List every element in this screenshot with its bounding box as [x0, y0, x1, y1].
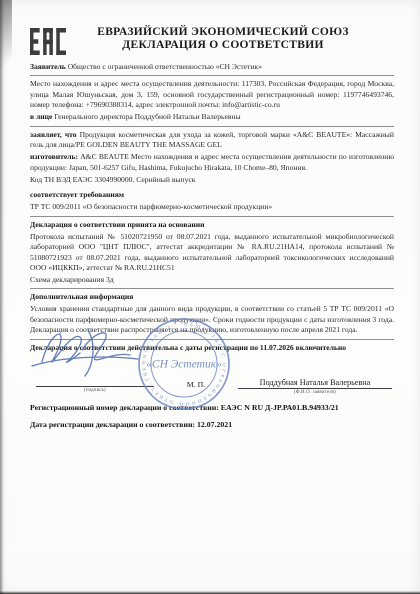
registration-date-value: 12.07.2021 [197, 420, 232, 429]
union-title: ЕВРАЗИЙСКИЙ ЭКОНОМИЧЕСКИЙ СОЮЗ [66, 26, 380, 38]
representative-value: Генерального директора Поддубной Натальи… [54, 112, 240, 121]
stamp-center-text: «СН Эстетик» [146, 359, 222, 371]
additional-heading: Дополнительная информация [30, 292, 394, 302]
registration-number-value: ЕАЭС N RU Д-JP.РА01.В.94933/21 [221, 403, 339, 412]
handwritten-signature [26, 322, 142, 380]
representative-label: в лице [30, 112, 52, 121]
registration-date-label: Дата регистрации декларации о соответств… [30, 420, 195, 429]
document-header: ЕВРАЗИЙСКИЙ ЭКОНОМИЧЕСКИЙ СОЮЗ ДЕКЛАРАЦИ… [30, 26, 394, 55]
section-divider [30, 216, 394, 217]
basis-text: Протокола испытаний № 51020721950 от 08.… [30, 232, 394, 274]
signer-area: Поддубная Наталья Валерьевна (Ф.И.О. зая… [238, 369, 392, 395]
scheme-line: Схема декларирования 3д [30, 275, 394, 285]
basis-heading: Декларация о соответствии принята на осн… [30, 220, 394, 230]
declaration-document: ЕВРАЗИЙСКИЙ ЭКОНОМИЧЕСКИЙ СОЮЗ ДЕКЛАРАЦИ… [0, 0, 420, 594]
company-stamp: ОБЩЕСТВО С ОГРАНИЧЕННОЙ ОТВЕТСТВЕННОСТЬЮ… [136, 316, 232, 412]
conforms-heading: соответствует требованиям [30, 190, 394, 200]
applicant-label: Заявитель [30, 62, 66, 71]
signer-name: Поддубная Наталья Валерьевна [238, 369, 392, 389]
applicant-value: Общество с ограниченной ответственностью… [68, 62, 262, 71]
document-title: ДЕКЛАРАЦИЯ О СООТВЕТСТВИИ [66, 39, 380, 51]
product-line: заявляет, что Продукция косметическая дл… [30, 130, 394, 151]
manufacturer-label: изготовитель: [30, 152, 78, 161]
product-value: Продукция косметическая для ухода за кож… [30, 130, 394, 149]
section-divider [30, 126, 394, 127]
applicant-address: Место нахождения и адрес места осуществл… [30, 79, 394, 110]
tnved-code-line: Код ТН ВЭД ЕАЭС 3304990000. Серийный вып… [30, 175, 394, 185]
section-divider [30, 75, 394, 76]
title-block: ЕВРАЗИЙСКИЙ ЭКОНОМИЧЕСКИЙ СОЮЗ ДЕКЛАРАЦИ… [66, 26, 380, 51]
registration-date-line: Дата регистрации декларации о соответств… [30, 420, 394, 431]
regulation-line: ТР ТС 009/2011 «О безопасности парфюмерн… [30, 202, 394, 212]
applicant-line: Заявитель Общество с ограниченной ответс… [30, 62, 394, 72]
eac-logo-icon [30, 28, 66, 55]
signer-caption: (Ф.И.О. заявителя) [238, 390, 392, 395]
manufacturer-line: изготовитель: A&C BEAUTE Место нахождени… [30, 152, 394, 173]
representative-line: в лице Генерального директора Поддубной … [30, 112, 394, 122]
section-divider [30, 288, 394, 289]
declares-label: заявляет, что [30, 130, 77, 139]
manufacturer-value: A&C BEAUTE Место нахождения и адрес мест… [30, 152, 394, 171]
